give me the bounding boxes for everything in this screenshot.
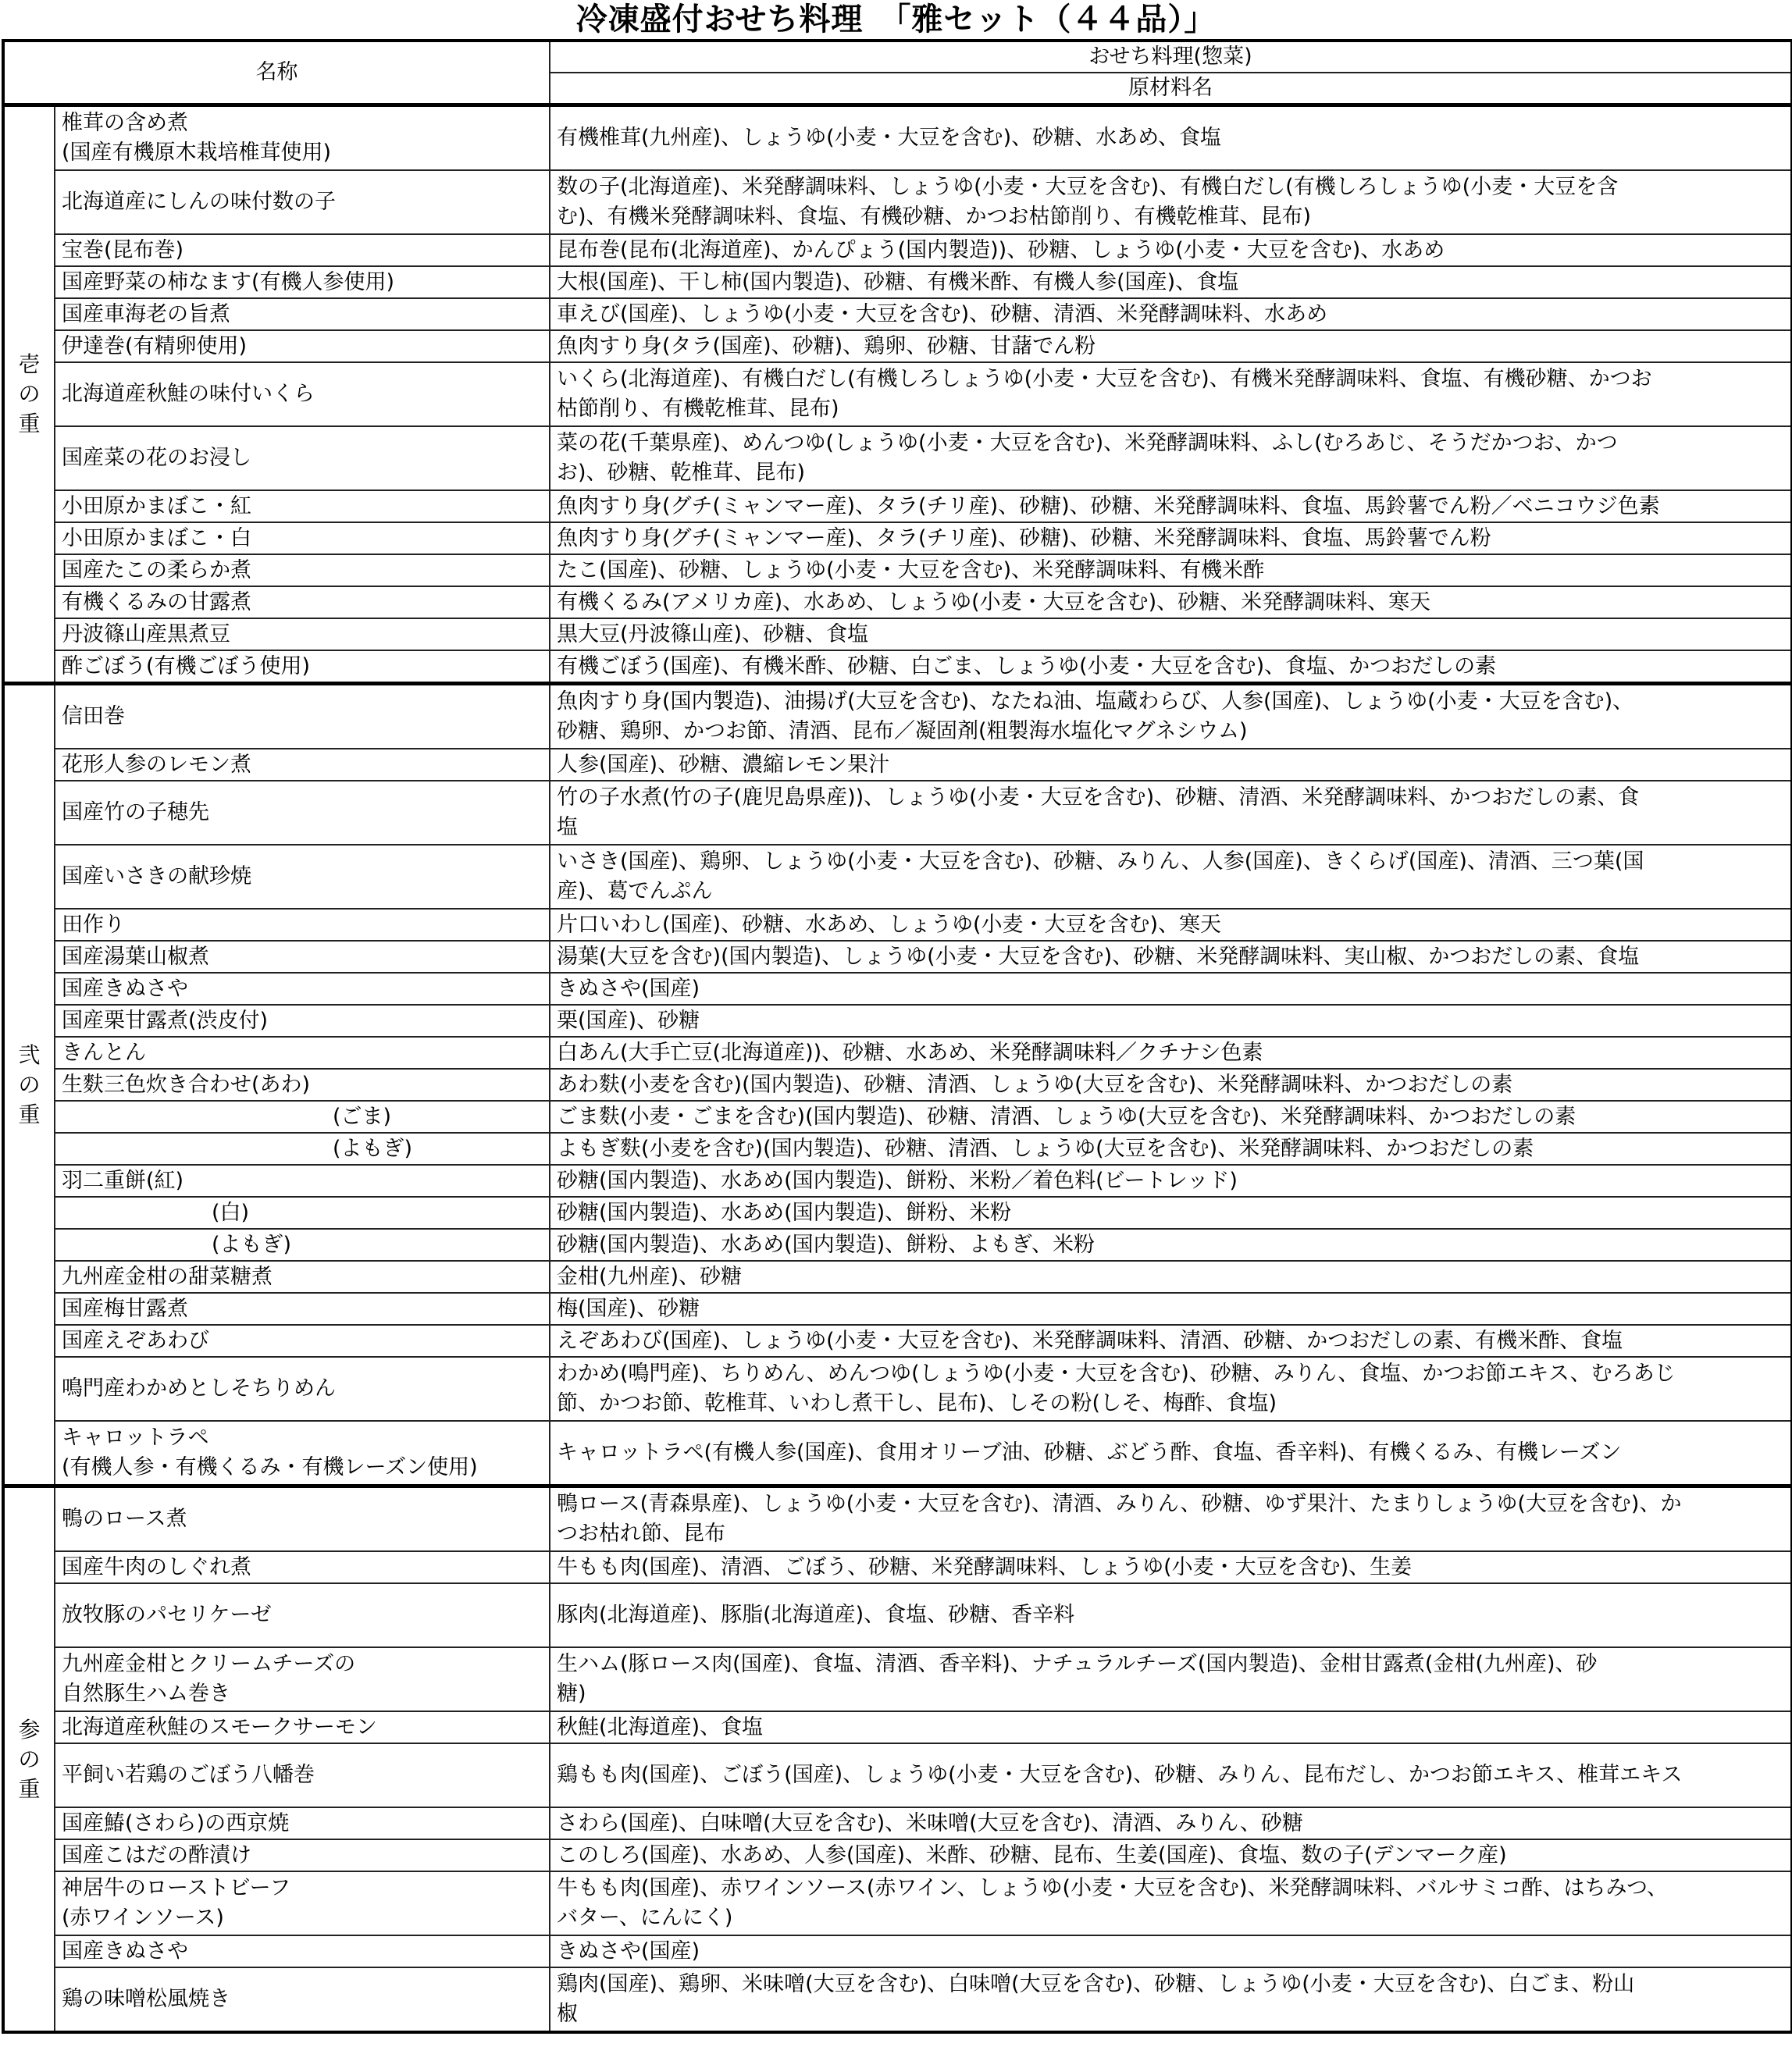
dish-name-line: 国産牛肉のしぐれ煮 <box>62 1553 543 1582</box>
dish-name: 酢ごぼう(有機ごぼう使用) <box>55 650 550 684</box>
ingredients-line: 鴨ロース(青森県産)、しょうゆ(小麦・大豆を含む)、清酒、みりん、砂糖、ゆず果汁… <box>557 1490 1784 1519</box>
dish-name: 国産牛肉のしぐれ煮 <box>55 1551 550 1583</box>
ingredients-line: 有機ごぼう(国産)、有機米酢、砂糖、白ごま、しょうゆ(小麦・大豆を含む)、食塩、… <box>557 652 1784 682</box>
table-row: 九州産金柑とクリームチーズの自然豚生ハム巻き生ハム(豚ロース肉(国産)、食塩、清… <box>3 1647 1792 1711</box>
dish-name: 北海道産にしんの味付数の子 <box>55 170 550 234</box>
dish-name-line: 九州産金柑とクリームチーズの <box>62 1650 543 1679</box>
ingredients-cell: いくら(北海道産)、有機白だし(有機しろしょうゆ(小麦・大豆を含む)、有機米発酵… <box>550 362 1792 426</box>
ingredients-cell: きぬさや(国産) <box>550 973 1792 1005</box>
dish-name-line: 国産栗甘露煮(渋皮付) <box>62 1006 543 1036</box>
ingredients-line: 竹の子水煮(竹の子(鹿児島県産))、しょうゆ(小麦・大豆を含む)、砂糖、清酒、米… <box>557 783 1784 813</box>
ingredients-line: 栗(国産)、砂糖 <box>557 1006 1784 1036</box>
dish-name: 国産こはだの酢漬け <box>55 1839 550 1871</box>
header-category: おせち料理(惣菜) <box>550 41 1792 73</box>
ingredients-line: きぬさや(国産) <box>557 1937 1784 1967</box>
ingredients-cell: 片口いわし(国産)、砂糖、水あめ、しょうゆ(小麦・大豆を含む)、寒天 <box>550 909 1792 941</box>
ingredients-line: つお枯れ節、昆布 <box>557 1519 1784 1549</box>
ingredients-line: ごま麩(小麦・ごまを含む)(国内製造)、砂糖、清酒、しょうゆ(大豆を含む)、米発… <box>557 1102 1784 1132</box>
table-row: (ごま)ごま麩(小麦・ごまを含む)(国内製造)、砂糖、清酒、しょうゆ(大豆を含む… <box>3 1101 1792 1133</box>
ingredients-line: 菜の花(千葉県産)、めんつゆ(しょうゆ(小麦・大豆を含む)、米発酵調味料、ふし(… <box>557 429 1784 458</box>
ingredients-cell: 有機ごぼう(国産)、有機米酢、砂糖、白ごま、しょうゆ(小麦・大豆を含む)、食塩、… <box>550 650 1792 684</box>
table-row: 弐の重信田巻魚肉すり身(国内製造)、油揚げ(大豆を含む)、なたね油、塩蔵わらび、… <box>3 684 1792 749</box>
ingredients-line: 大根(国産)、干し柿(国内製造)、砂糖、有機米酢、有機人参(国産)、食塩 <box>557 268 1784 297</box>
ingredients-line: 魚肉すり身(グチ(ミャンマー産)、タラ(チリ産)、砂糖)、砂糖、米発酵調味料、食… <box>557 524 1784 554</box>
dish-name: 国産鰆(さわら)の西京焼 <box>55 1807 550 1839</box>
table-row: 国産梅甘露煮梅(国産)、砂糖 <box>3 1293 1792 1325</box>
table-row: 国産たこの柔らか煮たこ(国産)、砂糖、しょうゆ(小麦・大豆を含む)、米発酵調味料… <box>3 554 1792 586</box>
dish-name-line: 信田巻 <box>62 702 543 732</box>
table-row: 九州産金柑の甜菜糖煮金柑(九州産)、砂糖 <box>3 1261 1792 1293</box>
table-row: 鶏の味噌松風焼き鶏肉(国産)、鶏卵、米味噌(大豆を含む)、白味噌(大豆を含む)、… <box>3 1967 1792 2032</box>
dish-name: 鳴門産わかめとしそちりめん <box>55 1357 550 1421</box>
table-row: 酢ごぼう(有機ごぼう使用)有機ごぼう(国産)、有機米酢、砂糖、白ごま、しょうゆ(… <box>3 650 1792 684</box>
ingredients-cell: わかめ(鳴門産)、ちりめん、めんつゆ(しょうゆ(小麦・大豆を含む)、砂糖、みりん… <box>550 1357 1792 1421</box>
table-row: 田作り片口いわし(国産)、砂糖、水あめ、しょうゆ(小麦・大豆を含む)、寒天 <box>3 909 1792 941</box>
ingredients-cell: 金柑(九州産)、砂糖 <box>550 1261 1792 1293</box>
dish-name: 国産きぬさや <box>55 973 550 1005</box>
dish-name-line: 国産鰆(さわら)の西京焼 <box>62 1809 543 1839</box>
ingredients-cell: 魚肉すり身(国内製造)、油揚げ(大豆を含む)、なたね油、塩蔵わらび、人参(国産)… <box>550 684 1792 749</box>
table-row: (白)砂糖(国内製造)、水あめ(国内製造)、餅粉、米粉 <box>3 1197 1792 1229</box>
table-row: 国産きぬさやきぬさや(国産) <box>3 973 1792 1005</box>
ingredients-table: 名称 おせち料理(惣菜) 原材料名 壱の重椎茸の含め煮(国産有機原木栽培椎茸使用… <box>2 39 1792 2034</box>
ingredients-line: 砂糖(国内製造)、水あめ(国内製造)、餅粉、よもぎ、米粉 <box>557 1230 1784 1260</box>
ingredients-cell: ごま麩(小麦・ごまを含む)(国内製造)、砂糖、清酒、しょうゆ(大豆を含む)、米発… <box>550 1101 1792 1133</box>
ingredients-line: 糖) <box>557 1679 1784 1709</box>
dish-name-line: 平飼い若鶏のごぼう八幡巻 <box>62 1760 543 1790</box>
ingredients-line: 金柑(九州産)、砂糖 <box>557 1262 1784 1292</box>
ingredients-cell: 砂糖(国内製造)、水あめ(国内製造)、餅粉、米粉／着色料(ビートレッド) <box>550 1165 1792 1197</box>
dish-name: 北海道産秋鮭の味付いくら <box>55 362 550 426</box>
table-row: 宝巻(昆布巻)昆布巻(昆布(北海道産)、かんぴょう(国内製造))、砂糖、しょうゆ… <box>3 234 1792 266</box>
ingredients-cell: 竹の子水煮(竹の子(鹿児島県産))、しょうゆ(小麦・大豆を含む)、砂糖、清酒、米… <box>550 781 1792 845</box>
dish-name-line: 伊達巻(有精卵使用) <box>62 332 543 361</box>
dish-name-line: 椎茸の含め煮 <box>62 109 543 138</box>
dish-name: 花形人参のレモン煮 <box>55 749 550 781</box>
ingredients-line: 数の子(北海道産)、米発酵調味料、しょうゆ(小麦・大豆を含む)、有機白だし(有機… <box>557 173 1784 202</box>
ingredients-cell: キャロットラペ(有機人参(国産)、食用オリーブ油、砂糖、ぶどう酢、食塩、香辛料)… <box>550 1421 1792 1486</box>
section-label: 参の重 <box>3 1486 55 2033</box>
ingredients-line: 梅(国産)、砂糖 <box>557 1294 1784 1324</box>
dish-name-line: きんとん <box>62 1038 543 1068</box>
ingredients-cell: よもぎ麩(小麦を含む)(国内製造)、砂糖、清酒、しょうゆ(大豆を含む)、米発酵調… <box>550 1133 1792 1165</box>
dish-name: 九州産金柑とクリームチーズの自然豚生ハム巻き <box>55 1647 550 1711</box>
dish-name-line: (ごま) <box>333 1102 543 1132</box>
ingredients-line: 枯節削り、有機乾椎茸、昆布) <box>557 394 1784 424</box>
ingredients-cell: 数の子(北海道産)、米発酵調味料、しょうゆ(小麦・大豆を含む)、有機白だし(有機… <box>550 170 1792 234</box>
ingredients-line: む)、有機米発酵調味料、食塩、有機砂糖、かつお枯節削り、有機乾椎茸、昆布) <box>557 202 1784 232</box>
dish-name-line: 有機くるみの甘露煮 <box>62 588 543 618</box>
ingredients-cell: 梅(国産)、砂糖 <box>550 1293 1792 1325</box>
dish-name: 九州産金柑の甜菜糖煮 <box>55 1261 550 1293</box>
table-row: 国産車海老の旨煮車えび(国産)、しょうゆ(小麦・大豆を含む)、砂糖、清酒、米発酵… <box>3 298 1792 330</box>
table-row: 国産鰆(さわら)の西京焼さわら(国産)、白味噌(大豆を含む)、米味噌(大豆を含む… <box>3 1807 1792 1839</box>
dish-name-line: 神居牛のローストビーフ <box>62 1874 543 1903</box>
dish-name-line: 北海道産秋鮭の味付いくら <box>62 379 543 409</box>
dish-name: 神居牛のローストビーフ(赤ワインソース) <box>55 1871 550 1935</box>
ingredients-line: あわ麩(小麦を含む)(国内製造)、砂糖、清酒、しょうゆ(大豆を含む)、米発酵調味… <box>557 1070 1784 1100</box>
dish-name-line: 羽二重餅(紅) <box>62 1166 543 1196</box>
table-row: 国産牛肉のしぐれ煮牛もも肉(国産)、清酒、ごぼう、砂糖、米発酵調味料、しょうゆ(… <box>3 1551 1792 1583</box>
ingredients-cell: 人参(国産)、砂糖、濃縮レモン果汁 <box>550 749 1792 781</box>
dish-name-line: 北海道産にしんの味付数の子 <box>62 187 543 217</box>
dish-name-line: 宝巻(昆布巻) <box>62 236 543 265</box>
dish-name: (ごま) <box>55 1101 550 1133</box>
dish-name-line: 国産きぬさや <box>62 974 543 1004</box>
ingredients-cell: 車えび(国産)、しょうゆ(小麦・大豆を含む)、砂糖、清酒、米発酵調味料、水あめ <box>550 298 1792 330</box>
dish-name: 羽二重餅(紅) <box>55 1165 550 1197</box>
dish-name-line: 花形人参のレモン煮 <box>62 750 543 780</box>
ingredients-cell: 秋鮭(北海道産)、食塩 <box>550 1711 1792 1743</box>
ingredients-line: わかめ(鳴門産)、ちりめん、めんつゆ(しょうゆ(小麦・大豆を含む)、砂糖、みりん… <box>557 1359 1784 1389</box>
table-row: 国産野菜の柿なます(有機人参使用)大根(国産)、干し柿(国内製造)、砂糖、有機米… <box>3 266 1792 298</box>
ingredients-cell: 鴨ロース(青森県産)、しょうゆ(小麦・大豆を含む)、清酒、みりん、砂糖、ゆず果汁… <box>550 1486 1792 1552</box>
ingredients-cell: 魚肉すり身(グチ(ミャンマー産)、タラ(チリ産)、砂糖)、砂糖、米発酵調味料、食… <box>550 490 1792 522</box>
ingredients-cell: たこ(国産)、砂糖、しょうゆ(小麦・大豆を含む)、米発酵調味料、有機米酢 <box>550 554 1792 586</box>
table-row: 参の重鴨のロース煮鴨ロース(青森県産)、しょうゆ(小麦・大豆を含む)、清酒、みり… <box>3 1486 1792 1552</box>
header-name: 名称 <box>3 41 550 105</box>
table-row: 丹波篠山産黒煮豆黒大豆(丹波篠山産)、砂糖、食塩 <box>3 618 1792 650</box>
dish-name: 国産菜の花のお浸し <box>55 426 550 490</box>
ingredients-line: いさき(国産)、鶏卵、しょうゆ(小麦・大豆を含む)、砂糖、みりん、人参(国産)、… <box>557 847 1784 877</box>
dish-name: 丹波篠山産黒煮豆 <box>55 618 550 650</box>
dish-name: 鶏の味噌松風焼き <box>55 1967 550 2032</box>
ingredients-cell: 牛もも肉(国産)、清酒、ごぼう、砂糖、米発酵調味料、しょうゆ(小麦・大豆を含む)… <box>550 1551 1792 1583</box>
dish-name-line: 国産湯葉山椒煮 <box>62 942 543 972</box>
ingredients-line: 椒 <box>557 1999 1784 2029</box>
table-row: 国産湯葉山椒煮湯葉(大豆を含む)(国内製造)、しょうゆ(小麦・大豆を含む)、砂糖… <box>3 941 1792 973</box>
dish-name-line: 国産野菜の柿なます(有機人参使用) <box>62 268 543 297</box>
dish-name-line: 小田原かまぼこ・紅 <box>62 492 543 522</box>
ingredients-line: 魚肉すり身(国内製造)、油揚げ(大豆を含む)、なたね油、塩蔵わらび、人参(国産)… <box>557 687 1784 717</box>
page-title: 冷凍盛付おせち料理 「雅セット（４４品）」 <box>0 0 1792 39</box>
ingredients-cell: 砂糖(国内製造)、水あめ(国内製造)、餅粉、よもぎ、米粉 <box>550 1229 1792 1261</box>
dish-name-line: 放牧豚のパセリケーゼ <box>62 1600 543 1630</box>
dish-name: 国産いさきの献珍焼 <box>55 845 550 909</box>
ingredients-line: 豚肉(北海道産)、豚脂(北海道産)、食塩、砂糖、香辛料 <box>557 1600 1784 1630</box>
dish-name-line: (よもぎ) <box>333 1134 543 1164</box>
dish-name: 小田原かまぼこ・紅 <box>55 490 550 522</box>
table-row: 放牧豚のパセリケーゼ豚肉(北海道産)、豚脂(北海道産)、食塩、砂糖、香辛料 <box>3 1583 1792 1647</box>
section-label: 壱の重 <box>3 105 55 684</box>
table-row: 有機くるみの甘露煮有機くるみ(アメリカ産)、水あめ、しょうゆ(小麦・大豆を含む)… <box>3 586 1792 618</box>
table-body: 壱の重椎茸の含め煮(国産有機原木栽培椎茸使用)有機椎茸(九州産)、しょうゆ(小麦… <box>3 105 1792 2033</box>
dish-name: 伊達巻(有精卵使用) <box>55 330 550 362</box>
ingredients-line: 砂糖、鶏卵、かつお節、清酒、昆布／凝固剤(粗製海水塩化マグネシウム) <box>557 717 1784 746</box>
section-label-char: 参 <box>11 1715 48 1745</box>
dish-name: 国産湯葉山椒煮 <box>55 941 550 973</box>
table-row: 生麩三色炊き合わせ(あわ)あわ麩(小麦を含む)(国内製造)、砂糖、清酒、しょうゆ… <box>3 1069 1792 1101</box>
section-label-char: 壱 <box>11 350 48 379</box>
dish-name-line: 国産菜の花のお浸し <box>62 443 543 473</box>
ingredients-cell: 鶏肉(国産)、鶏卵、米味噌(大豆を含む)、白味噌(大豆を含む)、砂糖、しょうゆ(… <box>550 1967 1792 2032</box>
ingredients-cell: 白あん(大手亡豆(北海道産))、砂糖、水あめ、米発酵調味料／クチナシ色素 <box>550 1037 1792 1069</box>
dish-name-line: 九州産金柑の甜菜糖煮 <box>62 1262 543 1292</box>
table-row: 鳴門産わかめとしそちりめんわかめ(鳴門産)、ちりめん、めんつゆ(しょうゆ(小麦・… <box>3 1357 1792 1421</box>
ingredients-cell: 魚肉すり身(グチ(ミャンマー産)、タラ(チリ産)、砂糖)、砂糖、米発酵調味料、食… <box>550 522 1792 554</box>
ingredients-line: 牛もも肉(国産)、赤ワインソース(赤ワイン、しょうゆ(小麦・大豆を含む)、米発酵… <box>557 1874 1784 1903</box>
ingredients-line: 秋鮭(北海道産)、食塩 <box>557 1713 1784 1743</box>
dish-name: 小田原かまぼこ・白 <box>55 522 550 554</box>
table-row: 国産きぬさやきぬさや(国産) <box>3 1935 1792 1967</box>
ingredients-cell: 菜の花(千葉県産)、めんつゆ(しょうゆ(小麦・大豆を含む)、米発酵調味料、ふし(… <box>550 426 1792 490</box>
ingredients-cell: きぬさや(国産) <box>550 1935 1792 1967</box>
dish-name-line: 国産竹の子穂先 <box>62 798 543 828</box>
ingredients-cell: えぞあわび(国産)、しょうゆ(小麦・大豆を含む)、米発酵調味料、清酒、砂糖、かつ… <box>550 1325 1792 1357</box>
ingredients-line: 砂糖(国内製造)、水あめ(国内製造)、餅粉、米粉 <box>557 1198 1784 1228</box>
section-label-char: の <box>11 1070 48 1100</box>
table-row: 羽二重餅(紅)砂糖(国内製造)、水あめ(国内製造)、餅粉、米粉／着色料(ビートレ… <box>3 1165 1792 1197</box>
dish-name-line: 小田原かまぼこ・白 <box>62 524 543 554</box>
dish-name-line: 国産えぞあわび <box>62 1326 543 1356</box>
table-row: 国産菜の花のお浸し菜の花(千葉県産)、めんつゆ(しょうゆ(小麦・大豆を含む)、米… <box>3 426 1792 490</box>
ingredients-line: 鶏もも肉(国産)、ごぼう(国産)、しょうゆ(小麦・大豆を含む)、砂糖、みりん、昆… <box>557 1760 1784 1790</box>
dish-name-line: (国産有機原木栽培椎茸使用) <box>62 138 543 168</box>
table-row: 北海道産秋鮭の味付いくらいくら(北海道産)、有機白だし(有機しろしょうゆ(小麦・… <box>3 362 1792 426</box>
ingredients-cell: 豚肉(北海道産)、豚脂(北海道産)、食塩、砂糖、香辛料 <box>550 1583 1792 1647</box>
ingredients-line: いくら(北海道産)、有機白だし(有機しろしょうゆ(小麦・大豆を含む)、有機米発酵… <box>557 365 1784 394</box>
ingredients-line: 湯葉(大豆を含む)(国内製造)、しょうゆ(小麦・大豆を含む)、砂糖、米発酵調味料… <box>557 942 1784 972</box>
table-row: 国産栗甘露煮(渋皮付)栗(国産)、砂糖 <box>3 1005 1792 1037</box>
dish-name-line: 国産梅甘露煮 <box>62 1294 543 1324</box>
ingredients-cell: 有機椎茸(九州産)、しょうゆ(小麦・大豆を含む)、砂糖、水あめ、食塩 <box>550 105 1792 171</box>
ingredients-line: えぞあわび(国産)、しょうゆ(小麦・大豆を含む)、米発酵調味料、清酒、砂糖、かつ… <box>557 1326 1784 1356</box>
ingredients-line: 節、かつお節、乾椎茸、いわし煮干し、昆布)、しその粉(しそ、梅酢、食塩) <box>557 1389 1784 1419</box>
header-ingredients: 原材料名 <box>550 73 1792 105</box>
dish-name: 国産たこの柔らか煮 <box>55 554 550 586</box>
ingredients-line: 有機椎茸(九州産)、しょうゆ(小麦・大豆を含む)、砂糖、水あめ、食塩 <box>557 123 1784 153</box>
ingredients-line: よもぎ麩(小麦を含む)(国内製造)、砂糖、清酒、しょうゆ(大豆を含む)、米発酵調… <box>557 1134 1784 1164</box>
table-row: 伊達巻(有精卵使用)魚肉すり身(タラ(国産)、砂糖)、鶏卵、砂糖、甘藷でん粉 <box>3 330 1792 362</box>
section-label-char: 重 <box>11 409 48 439</box>
dish-name-line: 国産きぬさや <box>62 1937 543 1967</box>
ingredients-line: 片口いわし(国産)、砂糖、水あめ、しょうゆ(小麦・大豆を含む)、寒天 <box>557 910 1784 940</box>
table-row: 北海道産にしんの味付数の子数の子(北海道産)、米発酵調味料、しょうゆ(小麦・大豆… <box>3 170 1792 234</box>
ingredients-cell: このしろ(国産)、水あめ、人参(国産)、米酢、砂糖、昆布、生姜(国産)、食塩、数… <box>550 1839 1792 1871</box>
dish-name: 国産きぬさや <box>55 1935 550 1967</box>
dish-name-line: 自然豚生ハム巻き <box>62 1679 543 1709</box>
dish-name-line: (白) <box>212 1198 543 1228</box>
dish-name: 生麩三色炊き合わせ(あわ) <box>55 1069 550 1101</box>
ingredients-line: 鶏肉(国産)、鶏卵、米味噌(大豆を含む)、白味噌(大豆を含む)、砂糖、しょうゆ(… <box>557 1970 1784 1999</box>
table-row: 神居牛のローストビーフ(赤ワインソース)牛もも肉(国産)、赤ワインソース(赤ワイ… <box>3 1871 1792 1935</box>
dish-name: 国産野菜の柿なます(有機人参使用) <box>55 266 550 298</box>
dish-name: 田作り <box>55 909 550 941</box>
ingredients-line: 砂糖(国内製造)、水あめ(国内製造)、餅粉、米粉／着色料(ビートレッド) <box>557 1166 1784 1196</box>
dish-name-line: 生麩三色炊き合わせ(あわ) <box>62 1070 543 1100</box>
section-label: 弐の重 <box>3 684 55 1486</box>
dish-name: 国産車海老の旨煮 <box>55 298 550 330</box>
ingredients-line: キャロットラペ(有機人参(国産)、食用オリーブ油、砂糖、ぶどう酢、食塩、香辛料)… <box>557 1438 1784 1468</box>
section-label-char: 重 <box>11 1775 48 1804</box>
ingredients-cell: さわら(国産)、白味噌(大豆を含む)、米味噌(大豆を含む)、清酒、みりん、砂糖 <box>550 1807 1792 1839</box>
table-row: 北海道産秋鮭のスモークサーモン秋鮭(北海道産)、食塩 <box>3 1711 1792 1743</box>
section-label-char: の <box>11 1745 48 1775</box>
ingredients-line: 昆布巻(昆布(北海道産)、かんぴょう(国内製造))、砂糖、しょうゆ(小麦・大豆を… <box>557 236 1784 265</box>
table-row: (よもぎ)よもぎ麩(小麦を含む)(国内製造)、砂糖、清酒、しょうゆ(大豆を含む)… <box>3 1133 1792 1165</box>
table-row: 花形人参のレモン煮人参(国産)、砂糖、濃縮レモン果汁 <box>3 749 1792 781</box>
ingredients-line: 車えび(国産)、しょうゆ(小麦・大豆を含む)、砂糖、清酒、米発酵調味料、水あめ <box>557 300 1784 329</box>
dish-name: キャロットラペ(有機人参・有機くるみ・有機レーズン使用) <box>55 1421 550 1486</box>
dish-name: 平飼い若鶏のごぼう八幡巻 <box>55 1743 550 1807</box>
ingredients-cell: 生ハム(豚ロース肉(国産)、食塩、清酒、香辛料)、ナチュラルチーズ(国内製造)、… <box>550 1647 1792 1711</box>
table-row: 小田原かまぼこ・白魚肉すり身(グチ(ミャンマー産)、タラ(チリ産)、砂糖)、砂糖… <box>3 522 1792 554</box>
dish-name: 鴨のロース煮 <box>55 1486 550 1552</box>
ingredients-cell: 牛もも肉(国産)、赤ワインソース(赤ワイン、しょうゆ(小麦・大豆を含む)、米発酵… <box>550 1871 1792 1935</box>
dish-name: (よもぎ) <box>55 1133 550 1165</box>
ingredients-cell: あわ麩(小麦を含む)(国内製造)、砂糖、清酒、しょうゆ(大豆を含む)、米発酵調味… <box>550 1069 1792 1101</box>
dish-name-line: (有機人参・有機くるみ・有機レーズン使用) <box>62 1453 543 1483</box>
section-label-char: 重 <box>11 1100 48 1130</box>
dish-name: 宝巻(昆布巻) <box>55 234 550 266</box>
ingredients-line: 生ハム(豚ロース肉(国産)、食塩、清酒、香辛料)、ナチュラルチーズ(国内製造)、… <box>557 1650 1784 1679</box>
table-row: 壱の重椎茸の含め煮(国産有機原木栽培椎茸使用)有機椎茸(九州産)、しょうゆ(小麦… <box>3 105 1792 171</box>
ingredients-cell: 昆布巻(昆布(北海道産)、かんぴょう(国内製造))、砂糖、しょうゆ(小麦・大豆を… <box>550 234 1792 266</box>
table-row: キャロットラペ(有機人参・有機くるみ・有機レーズン使用)キャロットラペ(有機人参… <box>3 1421 1792 1486</box>
ingredients-line: 白あん(大手亡豆(北海道産))、砂糖、水あめ、米発酵調味料／クチナシ色素 <box>557 1038 1784 1068</box>
dish-name-line: 丹波篠山産黒煮豆 <box>62 620 543 650</box>
ingredients-cell: 有機くるみ(アメリカ産)、水あめ、しょうゆ(小麦・大豆を含む)、砂糖、米発酵調味… <box>550 586 1792 618</box>
dish-name-line: 国産車海老の旨煮 <box>62 300 543 329</box>
table-row: 国産えぞあわびえぞあわび(国産)、しょうゆ(小麦・大豆を含む)、米発酵調味料、清… <box>3 1325 1792 1357</box>
table-row: きんとん白あん(大手亡豆(北海道産))、砂糖、水あめ、米発酵調味料／クチナシ色素 <box>3 1037 1792 1069</box>
table-row: 平飼い若鶏のごぼう八幡巻鶏もも肉(国産)、ごぼう(国産)、しょうゆ(小麦・大豆を… <box>3 1743 1792 1807</box>
ingredients-line: 魚肉すり身(タラ(国産)、砂糖)、鶏卵、砂糖、甘藷でん粉 <box>557 332 1784 361</box>
dish-name-line: 鳴門産わかめとしそちりめん <box>62 1374 543 1404</box>
ingredients-cell: いさき(国産)、鶏卵、しょうゆ(小麦・大豆を含む)、砂糖、みりん、人参(国産)、… <box>550 845 1792 909</box>
ingredients-cell: 魚肉すり身(タラ(国産)、砂糖)、鶏卵、砂糖、甘藷でん粉 <box>550 330 1792 362</box>
ingredients-line: きぬさや(国産) <box>557 974 1784 1004</box>
ingredients-line: バター、にんにく) <box>557 1903 1784 1933</box>
ingredients-line: このしろ(国産)、水あめ、人参(国産)、米酢、砂糖、昆布、生姜(国産)、食塩、数… <box>557 1841 1784 1871</box>
dish-name-line: 国産いさきの献珍焼 <box>62 862 543 892</box>
dish-name-line: (よもぎ) <box>212 1230 543 1260</box>
table-row: (よもぎ)砂糖(国内製造)、水あめ(国内製造)、餅粉、よもぎ、米粉 <box>3 1229 1792 1261</box>
section-label-char: の <box>11 379 48 409</box>
dish-name-line: 鴨のロース煮 <box>62 1504 543 1534</box>
ingredients-line: 黒大豆(丹波篠山産)、砂糖、食塩 <box>557 620 1784 650</box>
dish-name: (よもぎ) <box>55 1229 550 1261</box>
ingredients-line: 魚肉すり身(グチ(ミャンマー産)、タラ(チリ産)、砂糖)、砂糖、米発酵調味料、食… <box>557 492 1784 522</box>
table-row: 国産いさきの献珍焼いさき(国産)、鶏卵、しょうゆ(小麦・大豆を含む)、砂糖、みり… <box>3 845 1792 909</box>
ingredients-line: たこ(国産)、砂糖、しょうゆ(小麦・大豆を含む)、米発酵調味料、有機米酢 <box>557 556 1784 586</box>
dish-name-line: (赤ワインソース) <box>62 1903 543 1933</box>
dish-name: きんとん <box>55 1037 550 1069</box>
dish-name: (白) <box>55 1197 550 1229</box>
ingredients-line: さわら(国産)、白味噌(大豆を含む)、米味噌(大豆を含む)、清酒、みりん、砂糖 <box>557 1809 1784 1839</box>
table-row: 小田原かまぼこ・紅魚肉すり身(グチ(ミャンマー産)、タラ(チリ産)、砂糖)、砂糖… <box>3 490 1792 522</box>
ingredients-cell: 大根(国産)、干し柿(国内製造)、砂糖、有機米酢、有機人参(国産)、食塩 <box>550 266 1792 298</box>
ingredients-cell: 鶏もも肉(国産)、ごぼう(国産)、しょうゆ(小麦・大豆を含む)、砂糖、みりん、昆… <box>550 1743 1792 1807</box>
dish-name-line: 北海道産秋鮭のスモークサーモン <box>62 1713 543 1743</box>
dish-name-line: 鶏の味噌松風焼き <box>62 1985 543 2014</box>
dish-name: 放牧豚のパセリケーゼ <box>55 1583 550 1647</box>
dish-name: 国産えぞあわび <box>55 1325 550 1357</box>
dish-name: 北海道産秋鮭のスモークサーモン <box>55 1711 550 1743</box>
table-row: 国産こはだの酢漬けこのしろ(国産)、水あめ、人参(国産)、米酢、砂糖、昆布、生姜… <box>3 1839 1792 1871</box>
dish-name: 国産梅甘露煮 <box>55 1293 550 1325</box>
ingredients-line: 人参(国産)、砂糖、濃縮レモン果汁 <box>557 750 1784 780</box>
ingredients-cell: 栗(国産)、砂糖 <box>550 1005 1792 1037</box>
dish-name-line: キャロットラペ <box>62 1423 543 1453</box>
dish-name: 国産栗甘露煮(渋皮付) <box>55 1005 550 1037</box>
ingredients-line: 牛もも肉(国産)、清酒、ごぼう、砂糖、米発酵調味料、しょうゆ(小麦・大豆を含む)… <box>557 1553 1784 1582</box>
ingredients-line: 有機くるみ(アメリカ産)、水あめ、しょうゆ(小麦・大豆を含む)、砂糖、米発酵調味… <box>557 588 1784 618</box>
dish-name: 信田巻 <box>55 684 550 749</box>
dish-name: 椎茸の含め煮(国産有機原木栽培椎茸使用) <box>55 105 550 171</box>
dish-name-line: 国産たこの柔らか煮 <box>62 556 543 586</box>
ingredients-cell: 湯葉(大豆を含む)(国内製造)、しょうゆ(小麦・大豆を含む)、砂糖、米発酵調味料… <box>550 941 1792 973</box>
ingredients-cell: 砂糖(国内製造)、水あめ(国内製造)、餅粉、米粉 <box>550 1197 1792 1229</box>
dish-name-line: 田作り <box>62 910 543 940</box>
dish-name: 国産竹の子穂先 <box>55 781 550 845</box>
table-row: 国産竹の子穂先竹の子水煮(竹の子(鹿児島県産))、しょうゆ(小麦・大豆を含む)、… <box>3 781 1792 845</box>
dish-name-line: 酢ごぼう(有機ごぼう使用) <box>62 652 543 682</box>
dish-name: 有機くるみの甘露煮 <box>55 586 550 618</box>
table-header: 名称 おせち料理(惣菜) 原材料名 <box>3 41 1792 105</box>
section-label-char: 弐 <box>11 1041 48 1070</box>
ingredients-line: お)、砂糖、乾椎茸、昆布) <box>557 458 1784 488</box>
ingredients-line: 塩 <box>557 813 1784 842</box>
dish-name-line: 国産こはだの酢漬け <box>62 1841 543 1871</box>
ingredients-line: 産)、葛でんぷん <box>557 877 1784 906</box>
ingredients-cell: 黒大豆(丹波篠山産)、砂糖、食塩 <box>550 618 1792 650</box>
